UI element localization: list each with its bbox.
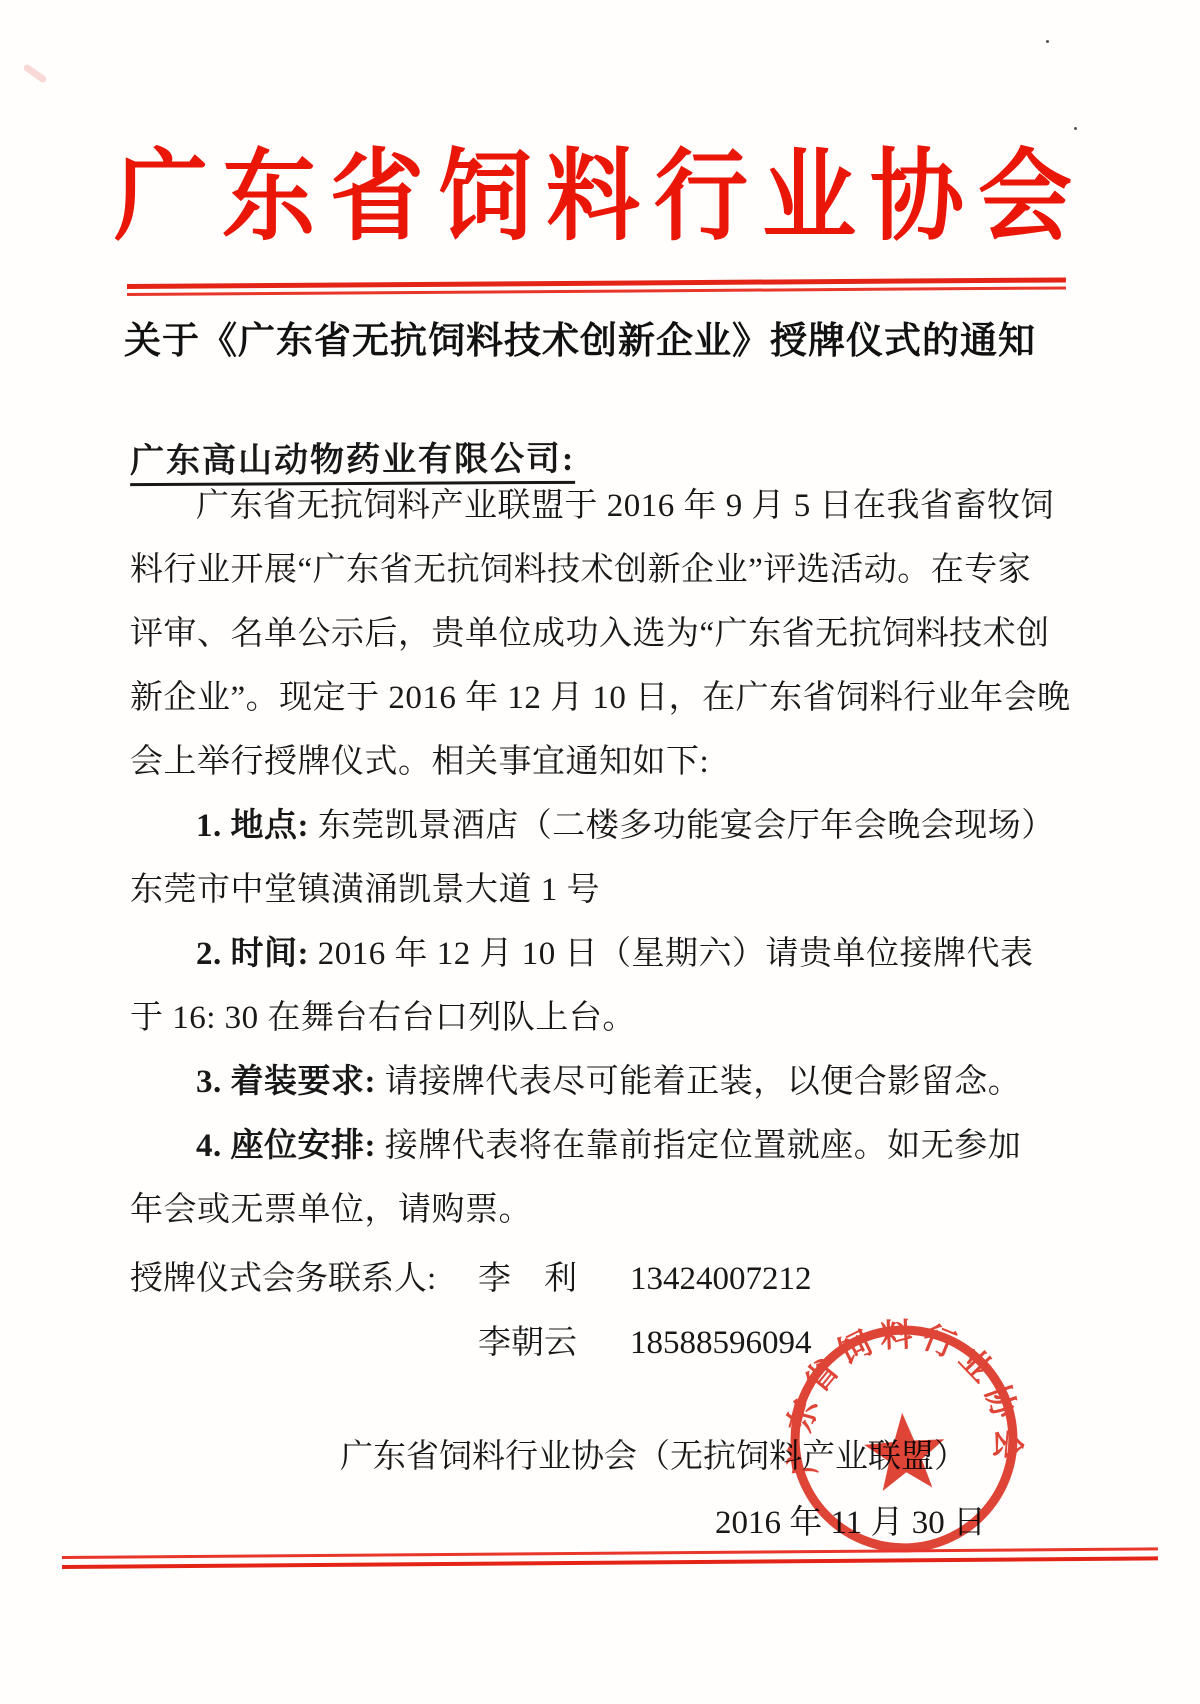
scanned-notice-page: 广东省饲料行业协会 关于《广东省无抗饲料技术创新企业》授牌仪式的通知 广东高山动… [0, 0, 1200, 1704]
star-icon [862, 1410, 948, 1492]
body-line: 于 16: 30 在舞台右台口列队上台。 [130, 986, 1082, 1050]
contact-phone: 13424007212 [630, 1247, 812, 1311]
item-3-label: 3. 着装要求: [196, 1064, 376, 1100]
body-line: 东莞市中堂镇潢涌凯景大道 1 号 [130, 858, 1082, 922]
document-title: 关于《广东省无抗饲料技术创新企业》授牌仪式的通知 [0, 310, 1160, 364]
body-line: 料行业开展“广东省无抗饲料技术创新企业”评选活动。在专家 [130, 538, 1082, 602]
body-line-item-1: 1. 地点: 东莞凯景酒店（二楼多功能宴会厅年会晚会现场） [130, 794, 1082, 858]
official-seal: 广东省饲料行业协会 [775, 1310, 1033, 1568]
body-line: 广东省无抗饲料产业联盟于 2016 年 9 月 5 日在我省畜牧饲 [130, 474, 1082, 538]
letterhead-org-title: 广东省饲料行业协会 [0, 116, 1200, 259]
body-text: 广东省无抗饲料产业联盟于 2016 年 9 月 5 日在我省畜牧饲 料行业开展“… [130, 474, 1082, 1242]
footer-divider [62, 1547, 1158, 1569]
scan-smudge [22, 63, 47, 84]
letterhead-divider [127, 277, 1066, 295]
body-line: 评审、名单公示后，贵单位成功入选为“广东省无抗饲料技术创 [130, 602, 1082, 666]
item-2-label: 2. 时间: [196, 936, 309, 972]
contact-row: 授牌仪式会务联系人: 李 利 13424007212 [130, 1247, 1082, 1311]
body-line: 年会或无票单位，请购票。 [130, 1178, 1082, 1242]
body-line: 新企业”。现定于 2016 年 12 月 10 日，在广东省饲料行业年会晚 [130, 666, 1082, 730]
contact-label: 授牌仪式会务联系人: [130, 1247, 478, 1311]
body-line-item-3: 3. 着装要求: 请接牌代表尽可能着正装，以便合影留念。 [130, 1050, 1082, 1114]
body-line-item-4: 4. 座位安排: 接牌代表将在靠前指定位置就座。如无参加 [130, 1114, 1082, 1178]
contact-name: 李 利 [478, 1247, 630, 1311]
item-1-label: 1. 地点: [196, 808, 309, 844]
contact-name: 李朝云 [478, 1311, 630, 1375]
body-line: 会上举行授牌仪式。相关事宜通知如下: [130, 730, 1082, 794]
scan-speck [1046, 40, 1049, 43]
item-4-label: 4. 座位安排: [196, 1128, 376, 1164]
body-line-item-2: 2. 时间: 2016 年 12 月 10 日（星期六）请贵单位接牌代表 [130, 922, 1082, 986]
